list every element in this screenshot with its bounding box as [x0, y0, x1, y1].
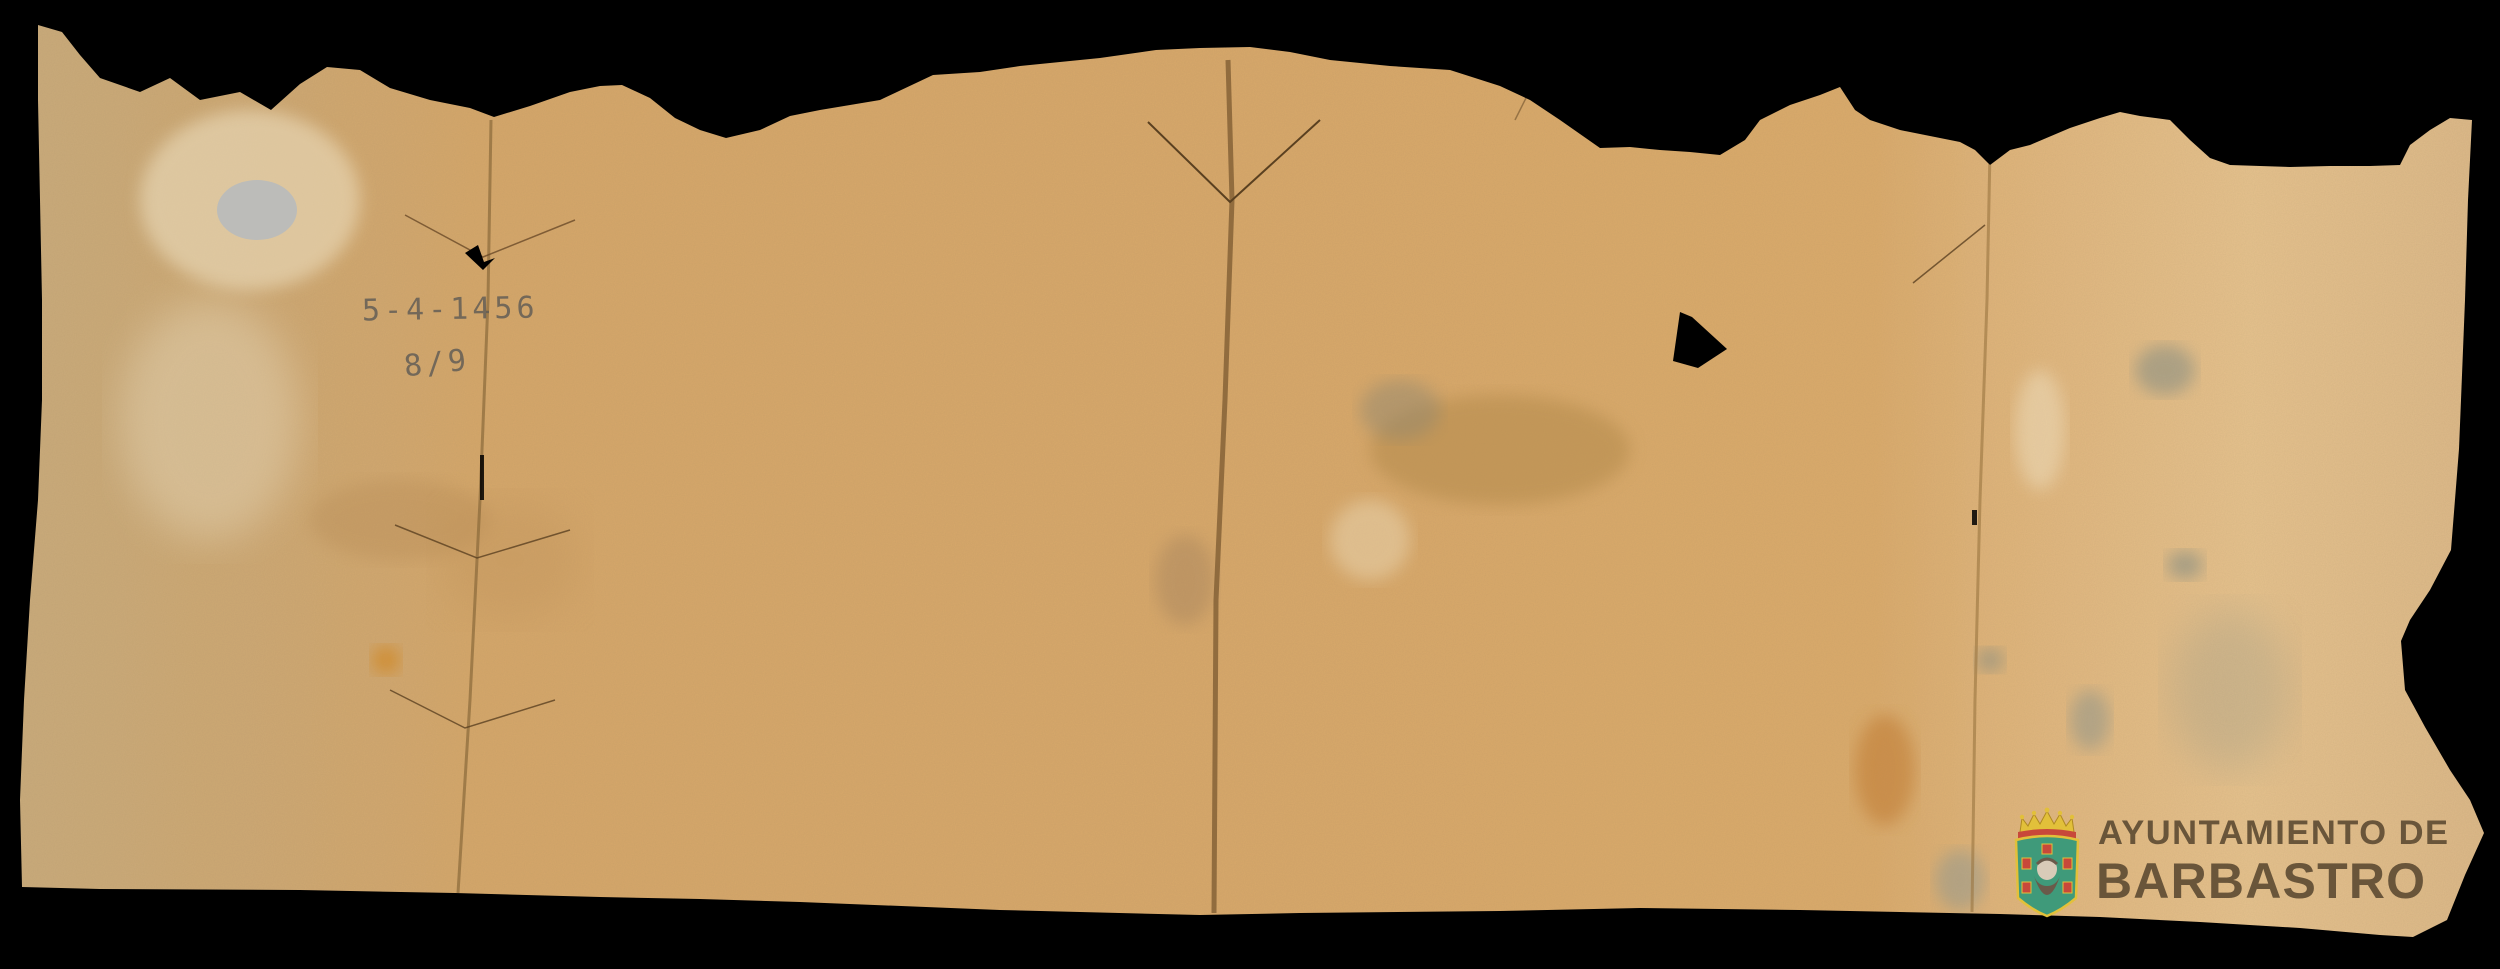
institution-watermark: AYUNTAMIENTO DE BARBASTRO: [2012, 806, 2452, 918]
document-viewer: 5-4-1456 8/9 AYUNTAMIEN: [0, 0, 2500, 969]
folio-annotation: 8/9: [402, 343, 471, 385]
watermark-line-2: BARBASTRO: [2096, 852, 2426, 910]
barbastro-coat-of-arms-icon: [2012, 806, 2082, 918]
archive-reference-annotation: 5-4-1456: [362, 290, 539, 328]
watermark-line-1: AYUNTAMIENTO DE: [2098, 814, 2450, 853]
